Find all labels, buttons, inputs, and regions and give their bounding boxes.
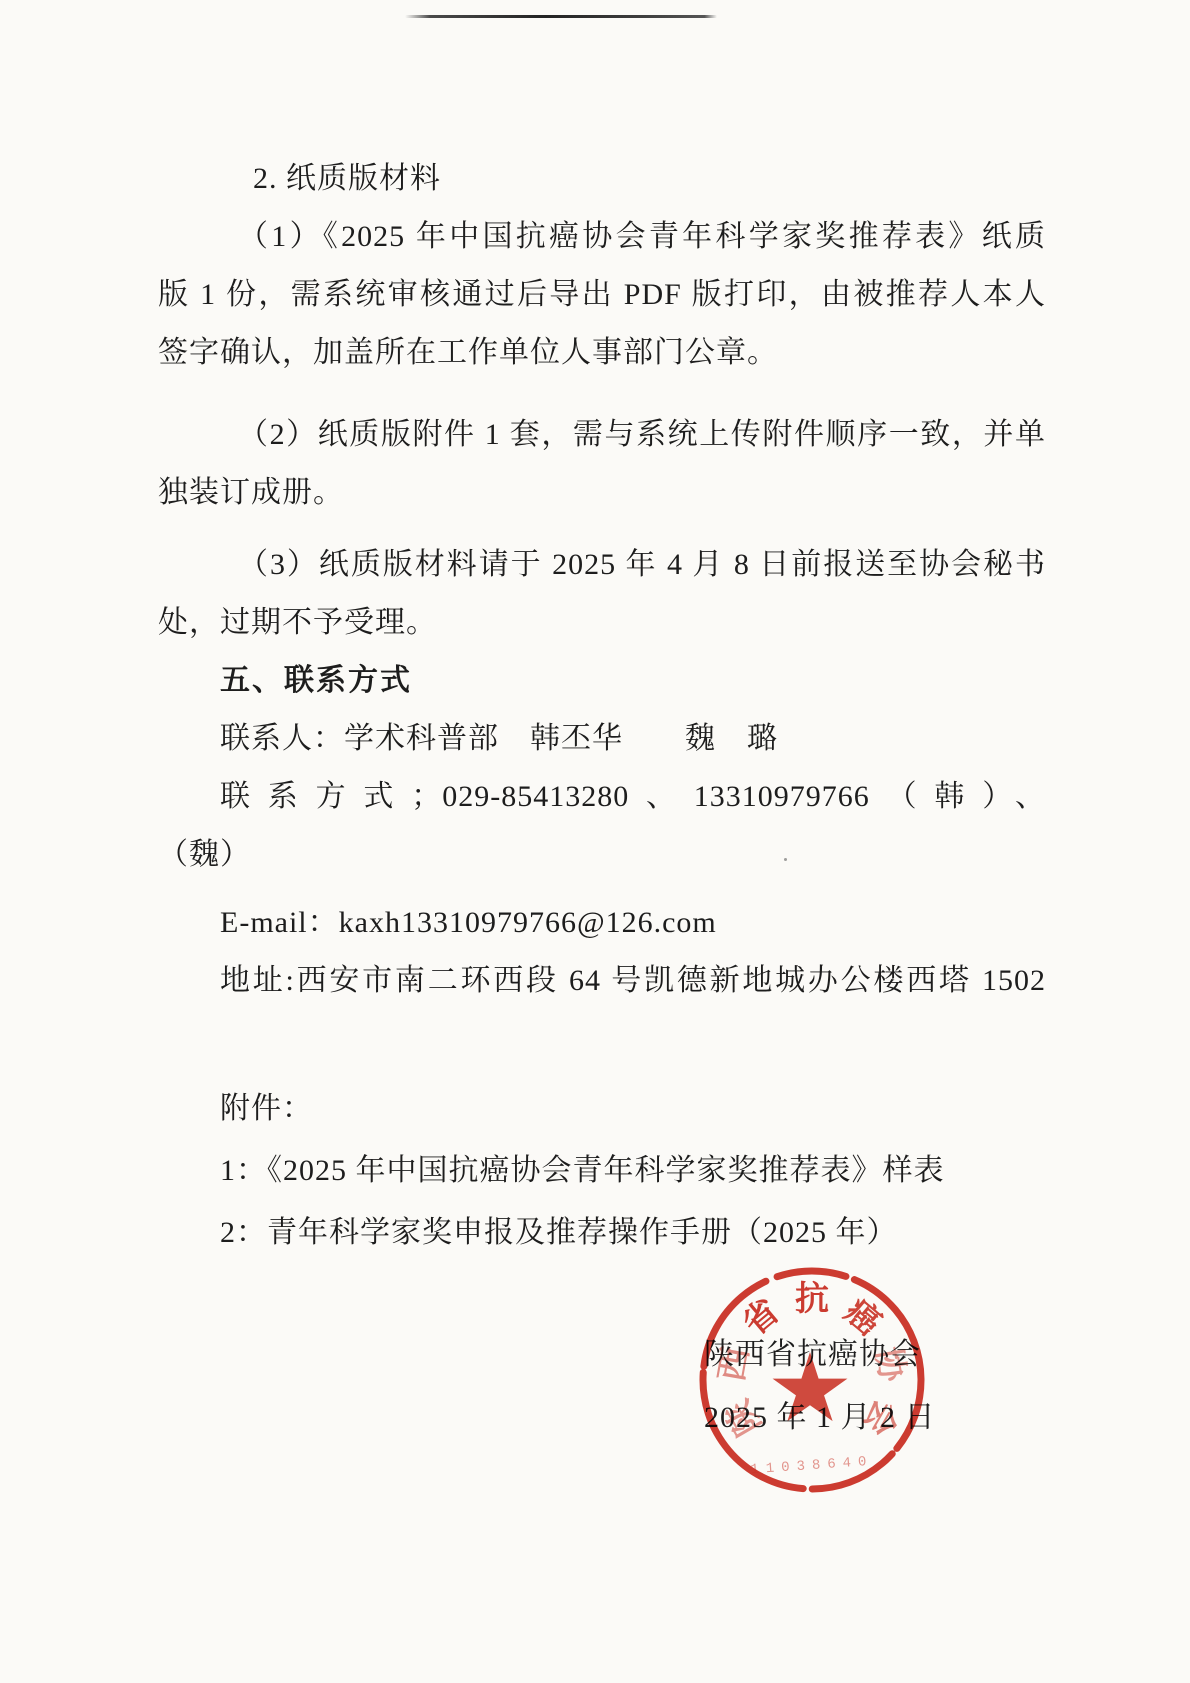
text-line: 1：《2025 年中国抗癌协会青年科学家奖推荐表》样表 xyxy=(158,1142,1046,1200)
text-line: 2：青年科学家奖申报及推荐操作手册（2025 年） xyxy=(158,1204,1046,1262)
stamp-arc-char: 协 xyxy=(868,1344,910,1386)
text-line: 联系方式；029-85413280、13310979766（韩）、1520241… xyxy=(158,768,1046,826)
official-stamp: 陕西省抗癌协会 11038640 xyxy=(687,1255,937,1505)
text-line: 联系人：学术科普部 韩丕华 魏 璐 xyxy=(158,710,1046,768)
text-line: （2）纸质版附件 1 套，需与系统上传附件顺序一致，并单 xyxy=(158,406,1046,464)
document-page: 2. 纸质版材料（1）《2025 年中国抗癌协会青年科学家奖推荐表》纸质版 1 … xyxy=(0,0,1190,1683)
text-line: （3）纸质版材料请于 2025 年 4 月 8 日前报送至协会秘书 xyxy=(158,536,1046,594)
ink-speck xyxy=(784,858,787,861)
body-text: 2. 纸质版材料（1）《2025 年中国抗癌协会青年科学家奖推荐表》纸质版 1 … xyxy=(158,150,1046,1262)
stamp-arc-char: 西 xyxy=(714,1344,756,1386)
text-line: 地址:西安市南二环西段 64 号凯德新地城办公楼西塔 1502 xyxy=(158,952,1046,1010)
text-line: 处，过期不予受理。 xyxy=(158,594,1046,652)
scan-artifact-line xyxy=(405,15,717,18)
text-line: 签字确认，加盖所在工作单位人事部门公章。 xyxy=(158,324,1046,382)
text-line: 独装订成册。 xyxy=(158,464,1046,522)
text-line: 附件： xyxy=(158,1080,1046,1138)
text-line: 2. 纸质版材料 xyxy=(158,150,1046,208)
text-line: E-mail：kaxh13310979766@126.com xyxy=(158,894,1046,952)
text-line: 版 1 份，需系统审核通过后导出 PDF 版打印，由被推荐人本人 xyxy=(158,266,1046,324)
text-line: （1）《2025 年中国抗癌协会青年科学家奖推荐表》纸质 xyxy=(158,208,1046,266)
text-line: 五、联系方式 xyxy=(158,652,1046,710)
text-line: （魏） xyxy=(158,826,1046,884)
stamp-arc-char: 抗 xyxy=(794,1282,830,1318)
